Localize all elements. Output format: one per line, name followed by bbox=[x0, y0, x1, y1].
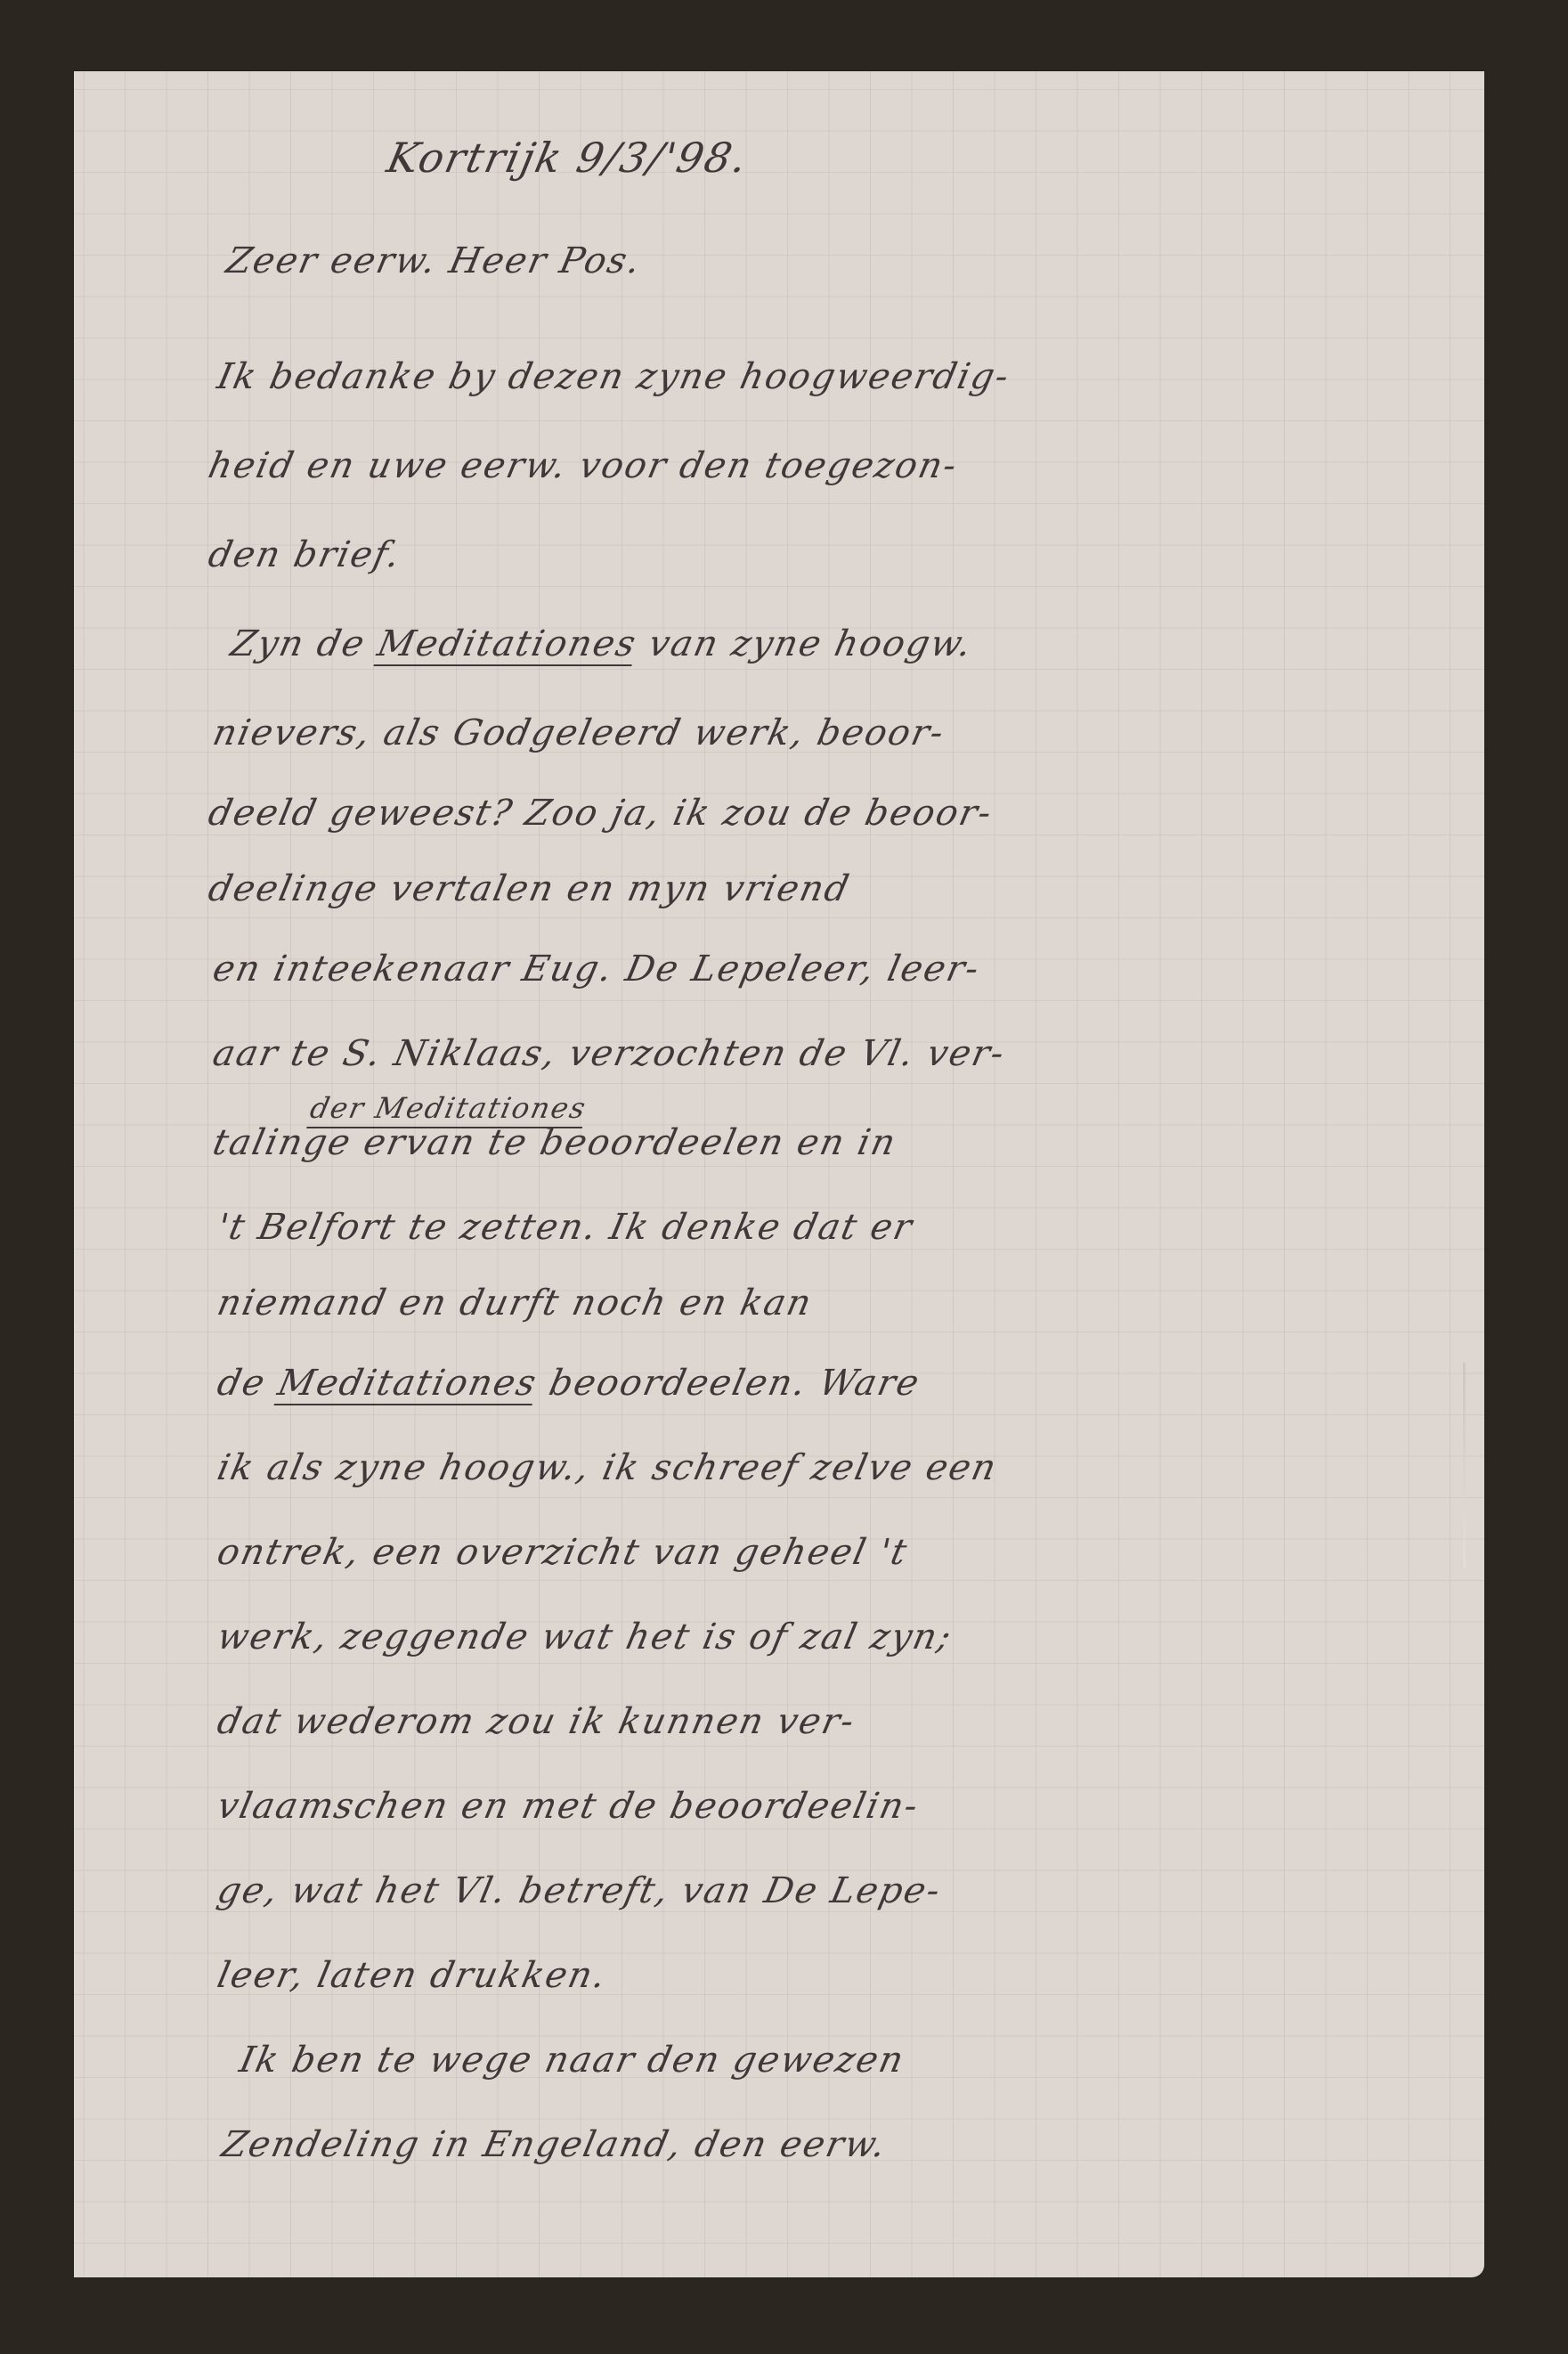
letter-line: Zendeling in Engeland, den eerw. bbox=[218, 2124, 890, 2165]
letter-line: deelinge vertalen en myn vriend bbox=[205, 868, 854, 909]
paper-crease bbox=[1463, 1363, 1466, 1568]
letter-line: vlaamschen en met de beoordeelin- bbox=[214, 1786, 923, 1827]
letter-line: ik als zyne hoogw., ik schreef zelve een bbox=[214, 1447, 1001, 1488]
letter-line: Ik bedanke by dezen zyne hoogweerdig- bbox=[214, 356, 1014, 397]
underlined-word: Meditationes bbox=[374, 623, 641, 664]
letter-page bbox=[74, 71, 1484, 2277]
underlined-word: Meditationes bbox=[274, 1363, 541, 1404]
letter-line: en inteekenaar Eug. De Lepeleer, leer- bbox=[209, 949, 984, 990]
place-date: Kortrijk 9/3/'98. bbox=[383, 134, 753, 182]
letter-line: niemand en durft noch en kan bbox=[214, 1283, 816, 1324]
letter-line: de Meditationes beoordeelen. Ware bbox=[214, 1363, 924, 1404]
letter-line: 't Belfort te zetten. Ik denke dat er bbox=[214, 1207, 917, 1248]
letter-line: werk, zeggende wat het is of zal zyn; bbox=[214, 1617, 956, 1658]
letter-line: Ik ben te wege naar den gewezen bbox=[236, 2040, 908, 2081]
interlinear-insertion: der Meditationes bbox=[307, 1091, 590, 1125]
letter-line: nievers, als Godgeleerd werk, beoor- bbox=[209, 713, 949, 753]
letter-line: heid en uwe eerw. voor den toegezon- bbox=[205, 445, 962, 486]
letter-line: Zyn de Meditationes van zyne hoogw. bbox=[227, 623, 977, 664]
letter-line: aar te S. Niklaas, verzochten de Vl. ver… bbox=[209, 1033, 1010, 1074]
letter-line: den brief. bbox=[205, 534, 405, 575]
letter-line: leer, laten drukken. bbox=[214, 1955, 611, 1996]
letter-line: deeld geweest? Zoo ja, ik zou de beoor- bbox=[205, 793, 996, 834]
letter-line: talinge ervan te beoordeelen en in bbox=[209, 1122, 900, 1163]
salutation: Zeer eerw. Heer Pos. bbox=[223, 240, 646, 281]
letter-line: dat wederom zou ik kunnen ver- bbox=[214, 1701, 859, 1742]
letter-line: ontrek, een overzicht van geheel 't bbox=[214, 1532, 912, 1573]
letter-line: ge, wat het Vl. betreft, van De Lepe- bbox=[214, 1870, 946, 1911]
